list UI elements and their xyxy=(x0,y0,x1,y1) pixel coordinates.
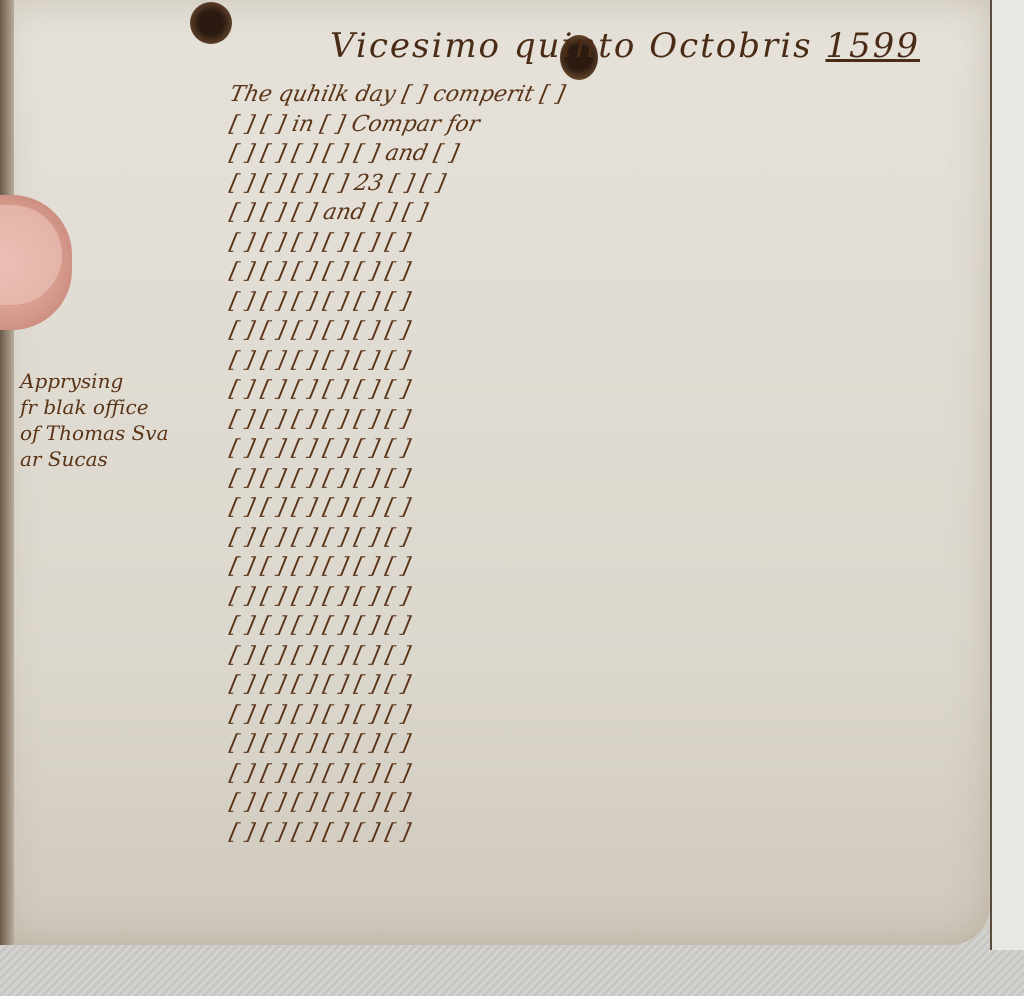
text-line: [ ] [ ] [ ] [ ] [ ] [ ] xyxy=(227,552,963,582)
text-line: [ ] [ ] [ ] [ ] [ ] [ ] xyxy=(227,257,963,287)
text-line: [ ] [ ] [ ] [ ] [ ] and [ ] xyxy=(227,139,963,169)
manuscript-body: The quhilk day [ ] comperit [ ] [ ] [ ] … xyxy=(230,80,960,847)
text-line: [ ] [ ] [ ] [ ] [ ] [ ] xyxy=(227,611,963,641)
text-line: [ ] [ ] [ ] [ ] [ ] [ ] xyxy=(227,405,963,435)
text-line: [ ] [ ] [ ] [ ] [ ] [ ] xyxy=(227,228,963,258)
text-line: [ ] [ ] [ ] [ ] [ ] [ ] xyxy=(227,788,963,818)
text-line: [ ] [ ] [ ] [ ] 23 [ ] [ ] xyxy=(227,169,963,199)
page-heading: Vicesimo quinto Octobris 1599 xyxy=(330,26,920,66)
text-line: [ ] [ ] [ ] [ ] [ ] [ ] xyxy=(227,523,963,553)
text-line: [ ] [ ] [ ] [ ] [ ] [ ] xyxy=(227,729,963,759)
text-line: [ ] [ ] [ ] [ ] [ ] [ ] xyxy=(227,700,963,730)
text-line: [ ] [ ] [ ] [ ] [ ] [ ] xyxy=(227,493,963,523)
text-line: [ ] [ ] [ ] [ ] [ ] [ ] xyxy=(227,641,963,671)
text-line: [ ] [ ] [ ] [ ] [ ] [ ] xyxy=(227,434,963,464)
margin-note-line: fr blak office xyxy=(20,394,230,420)
text-line: [ ] [ ] [ ] [ ] [ ] [ ] xyxy=(227,670,963,700)
text-line: The quhilk day [ ] comperit [ ] xyxy=(227,80,963,110)
text-line: [ ] [ ] [ ] [ ] [ ] [ ] xyxy=(227,346,963,376)
margin-note-line: ar Sucas xyxy=(20,446,230,472)
margin-note-line: of Thomas Sva xyxy=(20,420,230,446)
text-line: [ ] [ ] [ ] [ ] [ ] [ ] xyxy=(227,818,963,848)
text-line: [ ] [ ] in [ ] Compar for xyxy=(227,110,963,140)
text-line: [ ] [ ] [ ] [ ] [ ] [ ] xyxy=(227,759,963,789)
text-line: [ ] [ ] [ ] [ ] [ ] [ ] xyxy=(227,316,963,346)
manuscript-page: Vicesimo quinto Octobris 1599 Apprysing … xyxy=(0,0,990,945)
margin-note: Apprysing fr blak office of Thomas Sva a… xyxy=(20,368,230,472)
binding-gutter xyxy=(0,0,14,945)
text-line: [ ] [ ] [ ] and [ ] [ ] xyxy=(227,198,963,228)
text-line: [ ] [ ] [ ] [ ] [ ] [ ] xyxy=(227,464,963,494)
margin-note-line: Apprysing xyxy=(20,368,230,394)
heading-date: Vicesimo quinto Octobris xyxy=(330,26,813,66)
worm-hole xyxy=(190,2,232,44)
text-line: [ ] [ ] [ ] [ ] [ ] [ ] xyxy=(227,287,963,317)
heading-year: 1599 xyxy=(825,26,920,66)
text-line: [ ] [ ] [ ] [ ] [ ] [ ] xyxy=(227,375,963,405)
facing-page-edge xyxy=(990,0,1024,950)
text-line: [ ] [ ] [ ] [ ] [ ] [ ] xyxy=(227,582,963,612)
